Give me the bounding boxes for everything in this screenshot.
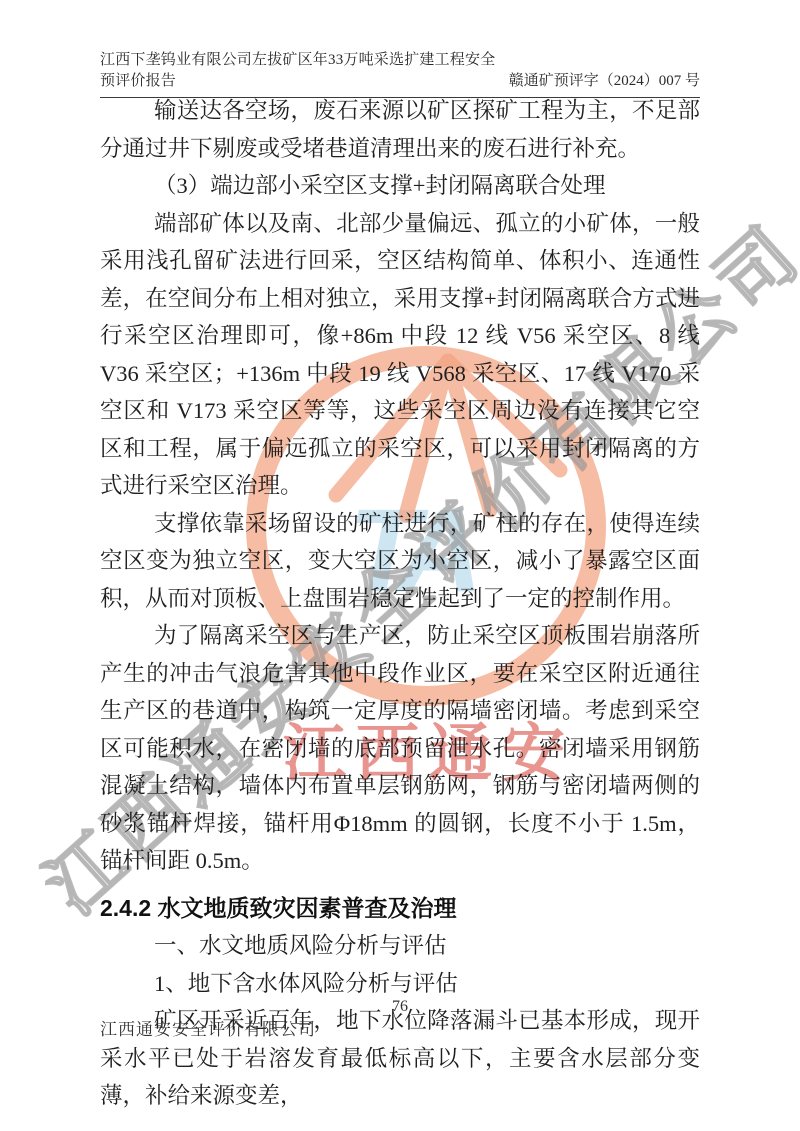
section-heading-2-4-2: 2.4.2 水文地质致灾因素普查及治理 xyxy=(100,890,700,928)
paragraph-support-pillar: 支撑依靠采场留设的矿柱进行，矿柱的存在，使得连续空区变为独立空区，变大空区为小空… xyxy=(100,505,700,618)
subheading-underground-water: 1、地下含水体风险分析与评估 xyxy=(100,965,700,1003)
document-body: 输送达各空场，废石来源以矿区探矿工程为主，不足部分通过井下剔废或受堵巷道清理出来… xyxy=(100,92,700,1115)
page-container: TA 江西通安安全评价有限公司 江西通安 江西下垄钨业有限公司左拔矿区年33万吨… xyxy=(0,0,800,1131)
subheading-hydro-risk: 一、水文地质风险分析与评估 xyxy=(100,927,700,965)
header-doc-number: 赣通矿预评字（2024）007 号 xyxy=(509,69,700,90)
footer-page-number: 76 xyxy=(0,998,800,1016)
paragraph-waste-transport: 输送达各空场，废石来源以矿区探矿工程为主，不足部分通过井下剔废或受堵巷道清理出来… xyxy=(100,92,700,167)
paragraph-item-3-heading: （3）端边部小采空区支撑+封闭隔离联合处理 xyxy=(100,167,700,205)
report-header: 江西下垄钨业有限公司左拔矿区年33万吨采选扩建工程安全预评价报告 赣通矿预评字（… xyxy=(100,48,700,98)
header-left-title: 江西下垄钨业有限公司左拔矿区年33万吨采选扩建工程安全预评价报告 xyxy=(100,48,497,90)
footer-company-name: 江西通安安全评价有限公司 xyxy=(100,1015,316,1040)
paragraph-isolation-wall: 为了隔离采空区与生产区，防止采空区顶板围岩崩落所产生的冲击气浪危害其他中段作业区… xyxy=(100,617,700,880)
paragraph-small-goaf-treatment: 端部矿体以及南、北部少量偏远、孤立的小矿体，一般采用浅孔留矿法进行回采，空区结构… xyxy=(100,205,700,505)
